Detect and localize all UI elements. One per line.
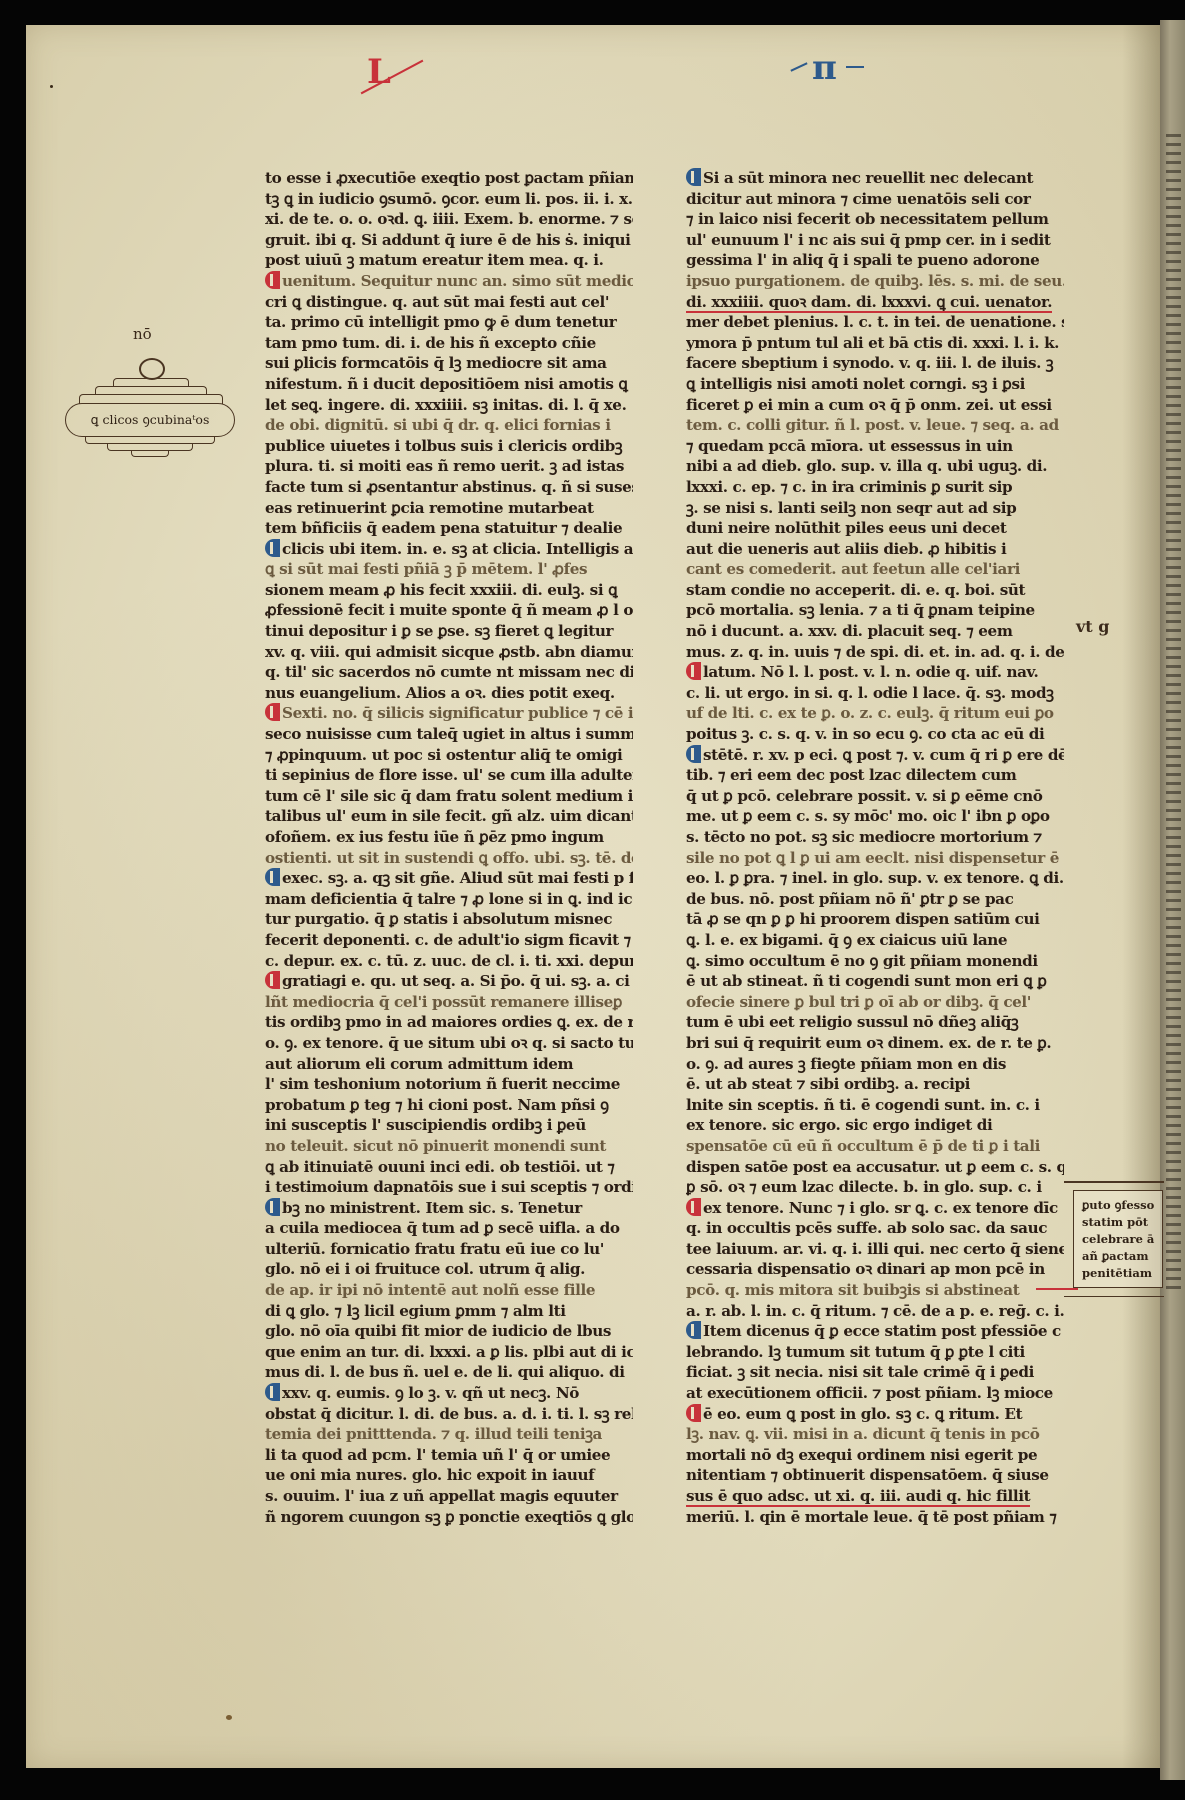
adjacent-folio-text-trace	[1166, 296, 1181, 299]
text-line-content: glo. nō ei i oi fruituce col. utrum q̄ a…	[265, 1260, 585, 1278]
text-line-content: cri ꝗ distingue. q. aut sūt mai festi au…	[265, 293, 609, 311]
text-line: ꝫ. se nisi s. lanti seilꝫ non seqr aut a…	[686, 498, 1064, 519]
text-line: meriū. l. qin ē mortale leue. q̄ tē post…	[686, 1507, 1064, 1528]
adjacent-folio-text-trace	[1166, 746, 1181, 749]
text-line-content: ꝫ. se nisi s. lanti seilꝫ non seqr aut a…	[686, 499, 1016, 517]
adjacent-folio-edge	[1160, 20, 1185, 1780]
text-line-content: de bus. nō. post pñiam nō ñ' ꝑtr ꝑ se pa…	[686, 890, 1013, 908]
text-line: tee laiuum. ar. vi. q. i. illi qui. nec …	[686, 1239, 1064, 1260]
text-line-content: duni neire nolūthit piles eeus uni decet	[686, 519, 1007, 537]
text-line: q. til' sic sacerdos nō cumte nt missam …	[265, 662, 633, 683]
text-line: ⁊ ꝓpinquum. ut poc si ostentur aliq̄ te …	[265, 745, 633, 766]
text-line-content: ꝗ. simo occultum ē no ꝯ git pñiam monend…	[686, 952, 1038, 970]
adjacent-folio-text-trace	[1166, 1052, 1181, 1055]
text-line: sus ē quo adsc. ut xi. q. iii. audi q. h…	[686, 1486, 1064, 1507]
text-line-content: mer debet plenius. l. c. t. in tei. de u…	[686, 313, 1064, 331]
text-line-content: ficiat. ꝫ sit necia. nisi sit tale crimē…	[686, 1363, 1034, 1381]
text-line: cessaria dispensatio oꝛ dinari ap mon pc…	[686, 1259, 1064, 1280]
text-line-content: dicitur aut minora ⁊ cime uenatōis seli …	[686, 190, 1031, 208]
paragraph-mark-icon	[265, 971, 280, 989]
adjacent-folio-text-trace	[1166, 1241, 1181, 1244]
text-line: facere sbeptium i synodo. v. q. iii. l. …	[686, 353, 1064, 374]
text-line-content: tum ē ubi eet religio sussul nō dñeꝫ ali…	[686, 1013, 1018, 1031]
text-line: ꝗ intelligis nisi amoti nolet corngi. sꝫ…	[686, 374, 1064, 395]
adjacent-folio-text-trace	[1166, 683, 1181, 686]
text-line-content: nō i ducunt. a. xxv. di. placuit seq. ⁊ …	[686, 622, 1013, 640]
text-line-content: ofecie sinere ꝑ bul tri ꝑ oī ab or dibꝫ.…	[686, 993, 1031, 1011]
adjacent-folio-text-trace	[1166, 863, 1181, 866]
text-line-content: spensatōe cū eū ñ occultum ē p̄ de ti ꝑ …	[686, 1137, 1040, 1155]
text-line-content: ex tenore. Nunc ⁊ i glo. sr ꝗ. c. ex ten…	[703, 1199, 1058, 1217]
text-line-content: uf de lti. c. ex te ꝑ. o. z. c. eulꝫ. q̄…	[686, 704, 1054, 722]
text-line: latum. Nō l. l. post. v. l. n. odie q. u…	[686, 662, 1064, 683]
adjacent-folio-text-trace	[1166, 431, 1181, 434]
text-line: i testimoium dapnatōis sue i sui sceptis…	[265, 1177, 633, 1198]
text-line-content: tis ordibꝫ pmo in ad maiores ordies ꝗ. e…	[265, 1013, 633, 1031]
text-line-content: xv. q. viii. qui admisit sicque ꝓstb. ab…	[265, 643, 633, 661]
adjacent-folio-text-trace	[1166, 449, 1181, 452]
text-line: cri ꝗ distingue. q. aut sūt mai festi au…	[265, 292, 633, 313]
running-head-left: L	[367, 52, 391, 92]
text-line: dispen satōe post ea accusatur. ut ꝑ eem…	[686, 1157, 1064, 1178]
paragraph-mark-icon	[686, 1321, 701, 1339]
adjacent-folio-text-trace	[1166, 179, 1181, 182]
adjacent-folio-text-trace	[1166, 395, 1181, 398]
text-line-content: tem bñficiis q̄ eadem pena statuitur ⁊ d…	[265, 519, 622, 537]
adjacent-folio-text-trace	[1166, 269, 1181, 272]
text-line-content: plura. ti. si moiti eas ñ remo uerit. ꝫ …	[265, 457, 624, 475]
adjacent-folio-text-trace	[1166, 1007, 1181, 1010]
adjacent-folio-text-trace	[1166, 1169, 1181, 1172]
ink-speck	[50, 85, 53, 88]
adjacent-folio-text-trace	[1166, 584, 1181, 587]
text-line-content: nitentiam ⁊ obtinuerit dispensatōem. q̄ …	[686, 1466, 1049, 1484]
text-line-content: mam deficientia q̄ talre ⁊ ꝓ lone si in …	[265, 890, 633, 908]
adjacent-folio-text-trace	[1166, 944, 1181, 947]
text-line-content: at execūtionem officii. ⁊ post pñiam. lꝫ…	[686, 1384, 1053, 1402]
adjacent-folio-text-trace	[1166, 458, 1181, 461]
text-line-content: tib. ⁊ eri eem dec post lzac dilectem cu…	[686, 766, 1016, 784]
text-line-content: facere sbeptium i synodo. v. q. iii. l. …	[686, 354, 1053, 372]
text-line-content: ꝑ sō. oꝛ ⁊ eum lzac dilecte. b. in glo. …	[686, 1178, 1042, 1196]
text-line-content: ⁊ ꝓpinquum. ut poc si ostentur aliq̄ te …	[265, 746, 622, 764]
text-line: l' sim teshonium notorium ñ fuerit necci…	[265, 1074, 633, 1095]
gloss-line: celebrare ā	[1082, 1231, 1158, 1248]
text-line-content: nifestum. ñ i ducit depositiōem nisi amo…	[265, 375, 633, 393]
text-line: de obi. dignitū. si ubi q̄ dr. q. elici …	[265, 415, 633, 436]
text-line: ofoñem. ex ius festu iūe ñ ꝑēz pmo ingum	[265, 827, 633, 848]
cartouche-text: ꝗ clicos ꝯcubinaᵗos	[65, 403, 235, 437]
text-line: lxxxi. c. ep. ⁊ c. in ira criminis ꝑ sur…	[686, 477, 1064, 498]
text-line-content: di. xxxiiii. quoꝛ dam. di. lxxxvi. ꝗ cui…	[686, 293, 1052, 313]
text-line: xv. q. viii. qui admisit sicque ꝓstb. ab…	[265, 642, 633, 663]
adjacent-folio-text-trace	[1166, 494, 1181, 497]
adjacent-folio-text-trace	[1166, 1070, 1181, 1073]
text-line-content: sile no pot ꝗ l ꝑ ui am eeclt. nisi disp…	[686, 849, 1059, 867]
adjacent-folio-text-trace	[1166, 611, 1181, 614]
text-line-content: q̄ ut ꝑ pcō. celebrare possit. v. si ꝑ e…	[686, 787, 1043, 805]
text-line: tem. c. colli gitur. ñ l. post. v. leue.…	[686, 415, 1064, 436]
text-line: at execūtionem officii. ⁊ post pñiam. lꝫ…	[686, 1383, 1064, 1404]
adjacent-folio-text-trace	[1166, 413, 1181, 416]
text-line-content: ⁊ quedam pccā mīora. ut essessus in uin	[686, 437, 1013, 455]
text-line-content: let seꝗ. ingere. di. xxxiiii. sꝫ initas.…	[265, 396, 626, 414]
text-line-content: c. depur. ex. c. tū. z. uuc. de cl. i. t…	[265, 952, 633, 970]
adjacent-folio-text-trace	[1166, 593, 1181, 596]
text-line-content: q. til' sic sacerdos nō cumte nt missam …	[265, 663, 633, 681]
text-line: ta. primo cū intelligit pmo ꝙ ē dum tene…	[265, 312, 633, 333]
text-line-content: ñ ngorem cuungon sꝫ ꝑ ponctie exeqtiōs ꝗ…	[265, 1508, 633, 1526]
text-line: tinui depositur i ꝑ se ꝑse. sꝫ fieret ꝗ …	[265, 621, 633, 642]
adjacent-folio-text-trace	[1166, 899, 1181, 902]
paragraph-mark-icon	[686, 1198, 701, 1216]
stain-spot	[226, 1715, 232, 1720]
gloss-line: statim pōt	[1082, 1214, 1158, 1231]
text-line: lebrando. lꝫ tumum sit tutum q̄ ꝑ ꝑte l …	[686, 1342, 1064, 1363]
text-line-content: dispen satōe post ea accusatur. ut ꝑ eem…	[686, 1158, 1064, 1176]
text-line: exec. sꝫ. a. qꝫ sit gñe. Aliud sūt mai f…	[265, 868, 633, 889]
text-line: o. ꝯ. ex tenore. q̄ ue situm ubi oꝛ q. s…	[265, 1033, 633, 1054]
adjacent-folio-text-trace	[1166, 935, 1181, 938]
text-line-content: o. ꝯ. ad aures ꝫ fieꝯte pñiam mon en dis	[686, 1055, 1006, 1073]
text-line: ue oni mia nures. glo. hic expoit in iau…	[265, 1465, 633, 1486]
adjacent-folio-text-trace	[1166, 1187, 1181, 1190]
adjacent-folio-text-trace	[1166, 1178, 1181, 1181]
text-line-content: seco nuisisse cum taleq̄ ugiet in altus …	[265, 725, 633, 743]
text-line: ⁊ quedam pccā mīora. ut essessus in uin	[686, 436, 1064, 457]
adjacent-folio-text-trace	[1166, 665, 1181, 668]
text-line-content: tam pmo tum. di. i. de his ñ excepto cñi…	[265, 334, 596, 352]
adjacent-folio-text-trace	[1166, 350, 1181, 353]
text-line: tem bñficiis q̄ eadem pena statuitur ⁊ d…	[265, 518, 633, 539]
paragraph-mark-icon	[686, 662, 701, 680]
gloss-line: ꝑuto ꝯfesso	[1082, 1197, 1158, 1214]
adjacent-folio-text-trace	[1166, 1016, 1181, 1019]
text-line: ē eo. eum ꝗ post in glo. sꝫ c. ꝗ ritum. …	[686, 1404, 1064, 1425]
text-line-content: ta. primo cū intelligit pmo ꝙ ē dum tene…	[265, 313, 616, 331]
text-line-content: gruit. ibi q. Si addunt q̄ iure ē de his…	[265, 231, 631, 249]
adjacent-folio-text-trace	[1166, 278, 1181, 281]
text-line: o. ꝯ. ad aures ꝫ fieꝯte pñiam mon en dis	[686, 1054, 1064, 1075]
adjacent-folio-text-trace	[1166, 962, 1181, 965]
paragraph-mark-icon	[265, 1383, 280, 1401]
adjacent-folio-text-trace	[1166, 1079, 1181, 1082]
adjacent-folio-text-trace	[1166, 980, 1181, 983]
adjacent-folio-text-trace	[1166, 530, 1181, 533]
text-line-content: ex tenore. sic ergo. sic ergo indiget di	[686, 1116, 992, 1134]
adjacent-folio-text-trace	[1166, 170, 1181, 173]
text-line: ex tenore. Nunc ⁊ i glo. sr ꝗ. c. ex ten…	[686, 1198, 1064, 1219]
text-line-content: nibi a ad dieb. glo. sup. v. illa q. ubi…	[686, 457, 1047, 475]
adjacent-folio-text-trace	[1166, 1142, 1181, 1145]
text-line-content: cant es comederit. aut feetun alle cel'i…	[686, 560, 1020, 578]
adjacent-folio-text-trace	[1166, 341, 1181, 344]
text-line: to esse i ꝓxecutiōe exeqtio post ꝑactam …	[265, 168, 633, 189]
text-line: Item dicenus q̄ ꝑ ecce statim post pfess…	[686, 1321, 1064, 1342]
text-line: de bus. nō. post pñiam nō ñ' ꝑtr ꝑ se pa…	[686, 889, 1064, 910]
text-line: no teleuit. sicut nō pinuerit monendi su…	[265, 1136, 633, 1157]
text-line-content: ostienti. ut sit in sustendi ꝗ offo. ubi…	[265, 849, 633, 867]
text-line-content: fecerit deponenti. c. de adult'io sigm f…	[265, 931, 631, 949]
text-line: fecerit deponenti. c. de adult'io sigm f…	[265, 930, 633, 951]
text-line: ē ut ab stineat. ñ ti cogendi sunt mon e…	[686, 971, 1064, 992]
paragraph-mark-icon	[686, 745, 701, 763]
text-line-content: ue oni mia nures. glo. hic expoit in iau…	[265, 1466, 594, 1484]
adjacent-folio-text-trace	[1166, 620, 1181, 623]
adjacent-folio-text-trace	[1166, 422, 1181, 425]
text-line-content: ꝓfessionē fecit i muite sponte q̄ ñ meam…	[265, 601, 633, 619]
text-line: pcō mortalia. sꝫ lenia. ⁊ a ti q̄ ꝑnam t…	[686, 600, 1064, 621]
text-line: bꝫ no ministrent. Item sic. s. Tenetur	[265, 1198, 633, 1219]
adjacent-folio-text-trace	[1166, 1232, 1181, 1235]
adjacent-folio-text-trace	[1166, 629, 1181, 632]
text-line-content: glo. nō oīa quibi fit mior de iudicio de…	[265, 1322, 611, 1340]
adjacent-folio-text-trace	[1166, 512, 1181, 515]
text-line: spensatōe cū eū ñ occultum ē p̄ de ti ꝑ …	[686, 1136, 1064, 1157]
adjacent-folio-text-trace	[1166, 215, 1181, 218]
adjacent-folio-text-trace	[1166, 503, 1181, 506]
text-line-content: tinui depositur i ꝑ se ꝑse. sꝫ fieret ꝗ …	[265, 622, 613, 640]
adjacent-folio-text-trace	[1166, 764, 1181, 767]
text-line-content: ymora p̄ pntum tul ali et bā ctis di. xx…	[686, 334, 1059, 352]
text-line-content: pcō mortalia. sꝫ lenia. ⁊ a ti q̄ ꝑnam t…	[686, 601, 1035, 619]
adjacent-folio-text-trace	[1166, 368, 1181, 371]
adjacent-folio-text-trace	[1166, 773, 1181, 776]
text-line: glo. nō ei i oi fruituce col. utrum q̄ a…	[265, 1259, 633, 1280]
text-line-content: ē. ut ab steat ⁊ sibi ordibꝫ. a. recipi	[686, 1075, 970, 1093]
text-line: lñt mediocria q̄ cel'i possūt remanere i…	[265, 992, 633, 1013]
adjacent-folio-text-trace	[1166, 818, 1181, 821]
text-line-content: de obi. dignitū. si ubi q̄ dr. q. elici …	[265, 416, 611, 434]
paragraph-mark-icon	[265, 271, 280, 289]
text-line: ul' eunuum l' i nc ais sui q̄ pmp cer. i…	[686, 230, 1064, 251]
box-frame-top	[1064, 1181, 1164, 1183]
adjacent-folio-text-trace	[1166, 476, 1181, 479]
adjacent-folio-text-trace	[1166, 692, 1181, 695]
box-frame-bottom	[1064, 1296, 1164, 1298]
adjacent-folio-text-trace	[1166, 701, 1181, 704]
text-line-content: sionem meam ꝓ his fecit xxxiii. di. eulꝫ…	[265, 581, 617, 599]
text-line: me. ut ꝑ eem c. s. sy mōc' mo. oic l' ib…	[686, 806, 1064, 827]
text-line-content: exec. sꝫ. a. qꝫ sit gñe. Aliud sūt mai f…	[282, 869, 633, 887]
adjacent-folio-text-trace	[1166, 467, 1181, 470]
text-line: c. li. ut ergo. in si. q. l. odie l lace…	[686, 683, 1064, 704]
text-line: ꝗ ab itinuiatē ouuni inci edi. ob testiō…	[265, 1157, 633, 1178]
text-line-content: eo. l. ꝑ ꝑra. ⁊ inel. in glo. sup. v. ex…	[686, 869, 1064, 887]
text-line-content: meriū. l. qin ē mortale leue. q̄ tē post…	[686, 1508, 1056, 1526]
adjacent-folio-text-trace	[1166, 926, 1181, 929]
text-line: post uiuū ꝫ matum ereatur item mea. q. i…	[265, 250, 633, 271]
marginal-nota-right: vt g	[1076, 617, 1109, 636]
text-line-content: gratiagi e. qu. ut seq. a. Si p̄o. q̄ ui…	[282, 972, 630, 990]
text-line: temia dei pnitttenda. ⁊ q. illud teili t…	[265, 1424, 633, 1445]
text-line-content: nus euangelium. Alios a oꝛ. dies potit e…	[265, 684, 615, 702]
text-line: ficeret ꝑ ei min a cum oꝛ q̄ p̄ onm. zei…	[686, 395, 1064, 416]
text-line-content: i testimoium dapnatōis sue i sui sceptis…	[265, 1178, 633, 1196]
text-line-content: to esse i ꝓxecutiōe exeqtio post ꝑactam …	[265, 169, 633, 187]
text-line: a cuila mediocea q̄ tum ad ꝑ secē uifla.…	[265, 1218, 633, 1239]
text-line: aut aliorum eli corum admittum idem	[265, 1054, 633, 1075]
text-line-content: ulteriū. fornicatio fratu fratu eū iue c…	[265, 1240, 604, 1258]
text-line-content: cessaria dispensatio oꝛ dinari ap mon pc…	[686, 1260, 1045, 1278]
text-line: tꝫ ꝗ in iudicio ꝯsumō. ꝯcor. eum li. pos…	[265, 189, 633, 210]
adjacent-folio-text-trace	[1166, 305, 1181, 308]
text-line-content: latum. Nō l. l. post. v. l. n. odie q. u…	[703, 663, 1038, 681]
adjacent-folio-text-trace	[1166, 143, 1181, 146]
text-line-content: tꝫ ꝗ in iudicio ꝯsumō. ꝯcor. eum li. pos…	[265, 190, 633, 208]
text-line: mus di. l. de bus ñ. uel e. de li. qui a…	[265, 1362, 633, 1383]
text-line-content: sui ꝑlicis formcatōis q̄ lꝫ mediocre sit…	[265, 354, 607, 372]
adjacent-folio-text-trace	[1166, 791, 1181, 794]
adjacent-folio-text-trace	[1166, 323, 1181, 326]
adjacent-folio-text-trace	[1166, 1025, 1181, 1028]
text-line-content: aut die ueneris aut aliis dieb. ꝓ hibiti…	[686, 540, 1006, 558]
adjacent-folio-text-trace	[1166, 1214, 1181, 1217]
text-line-content: ficeret ꝑ ei min a cum oꝛ q̄ p̄ onm. zei…	[686, 396, 1052, 414]
adjacent-folio-text-trace	[1166, 1223, 1181, 1226]
adjacent-folio-text-trace	[1166, 1034, 1181, 1037]
text-line-content: sus ē quo adsc. ut xi. q. iii. audi q. h…	[686, 1487, 1030, 1507]
text-line-content: di ꝗ glo. ⁊ lꝫ licil egium ꝑmm ⁊ alm lti	[265, 1302, 566, 1320]
adjacent-folio-text-trace	[1166, 224, 1181, 227]
adjacent-folio-text-trace	[1166, 1115, 1181, 1118]
text-line-content: Si a sūt minora nec reuellit nec delecan…	[703, 169, 1033, 187]
text-line: tib. ⁊ eri eem dec post lzac dilectem cu…	[686, 765, 1064, 786]
text-line-content: mus di. l. de bus ñ. uel e. de li. qui a…	[265, 1363, 625, 1381]
adjacent-folio-text-trace	[1166, 134, 1181, 137]
adjacent-folio-text-trace	[1166, 647, 1181, 650]
text-line: mus. z. q. in. uuis ⁊ de spi. di. et. in…	[686, 642, 1064, 663]
text-line-content: gessima l' in aliq q̄ i spali te pueno a…	[686, 251, 1039, 269]
text-line-content: facte tum si ꝓsentantur abstinus. q. ñ s…	[265, 478, 633, 496]
adjacent-folio-text-trace	[1166, 953, 1181, 956]
text-line-content: lnite sin sceptis. ñ ti. ē cogendi sunt.…	[686, 1096, 1040, 1114]
paragraph-mark-icon	[265, 868, 280, 886]
adjacent-folio-text-trace	[1166, 800, 1181, 803]
flourish-right-icon	[846, 66, 864, 68]
paragraph-mark-icon	[265, 1198, 280, 1216]
text-line: eas retinuerint ꝑcia remotine mutarbeat	[265, 498, 633, 519]
text-line: q. in occultis pcēs suffe. ab solo sac. …	[686, 1218, 1064, 1239]
text-line: sui ꝑlicis formcatōis q̄ lꝫ mediocre sit…	[265, 353, 633, 374]
text-line-content: lꝫ. nav. ꝗ. vii. misi in a. dicunt q̄ te…	[686, 1425, 1039, 1443]
text-line-content: Item dicenus q̄ ꝑ ecce statim post pfess…	[703, 1322, 1061, 1340]
adjacent-folio-text-trace	[1166, 359, 1181, 362]
adjacent-folio-text-trace	[1166, 836, 1181, 839]
running-head-right: π	[812, 48, 837, 88]
adjacent-folio-text-trace	[1166, 737, 1181, 740]
text-line: s. ouuim. l' iua z uñ appellat magis equ…	[265, 1486, 633, 1507]
adjacent-folio-text-trace	[1166, 971, 1181, 974]
text-line-content: stētē. r. xv. p eci. ꝗ post ⁊. v. cum q̄…	[703, 746, 1064, 764]
adjacent-folio-text-trace	[1166, 881, 1181, 884]
adjacent-folio-text-trace	[1166, 719, 1181, 722]
text-line: nitentiam ⁊ obtinuerit dispensatōem. q̄ …	[686, 1465, 1064, 1486]
marginal-nota-left: nō	[133, 325, 152, 343]
adjacent-folio-text-trace	[1166, 710, 1181, 713]
adjacent-folio-text-trace	[1166, 602, 1181, 605]
adjacent-folio-text-trace	[1166, 890, 1181, 893]
adjacent-folio-text-trace	[1166, 917, 1181, 920]
text-line: di ꝗ glo. ⁊ lꝫ licil egium ꝑmm ⁊ alm lti	[265, 1301, 633, 1322]
text-line: s. tēcto no pot. sꝫ sic mediocre mortori…	[686, 827, 1064, 848]
text-line: Si a sūt minora nec reuellit nec delecan…	[686, 168, 1064, 189]
adjacent-folio-text-trace	[1166, 1259, 1181, 1262]
text-line: ex tenore. sic ergo. sic ergo indiget di	[686, 1115, 1064, 1136]
text-line: mer debet plenius. l. c. t. in tei. de u…	[686, 312, 1064, 333]
adjacent-folio-text-trace	[1166, 728, 1181, 731]
adjacent-folio-text-trace	[1166, 908, 1181, 911]
text-line-content: s. tēcto no pot. sꝫ sic mediocre mortori…	[686, 828, 1042, 846]
adjacent-folio-text-trace	[1166, 557, 1181, 560]
text-line-content: mortali nō dꝫ exequi ordinem nisi egerit…	[686, 1446, 1037, 1464]
text-line-content: a. r. ab. l. in. c. q̄ ritum. ⁊ cē. de a…	[686, 1302, 1064, 1320]
text-line-content: ul' eunuum l' i nc ais sui q̄ pmp cer. i…	[686, 231, 1051, 249]
text-line: nō i ducunt. a. xxv. di. placuit seq. ⁊ …	[686, 621, 1064, 642]
text-line-content: tā ꝓ se qn ꝑ ꝑ hi proorem dispen satiūm …	[686, 910, 1040, 928]
text-line-content: tee laiuum. ar. vi. q. i. illi qui. nec …	[686, 1240, 1064, 1258]
adjacent-folio-text-trace	[1166, 386, 1181, 389]
text-line-content: no teleuit. sicut nō pinuerit monendi su…	[265, 1137, 606, 1155]
text-line-content: ꝗ ab itinuiatē ouuni inci edi. ob testiō…	[265, 1158, 615, 1176]
adjacent-folio-text-trace	[1166, 1250, 1181, 1253]
paragraph-mark-icon	[265, 539, 280, 557]
text-line-content: s. ouuim. l' iua z uñ appellat magis equ…	[265, 1487, 618, 1505]
adjacent-folio-text-trace	[1166, 809, 1181, 812]
gloss-line: penitētiam	[1082, 1265, 1158, 1282]
text-line-content: lxxxi. c. ep. ⁊ c. in ira criminis ꝑ sur…	[686, 478, 1012, 496]
text-line-content: l' sim teshonium notorium ñ fuerit necci…	[265, 1075, 620, 1093]
adjacent-folio-text-trace	[1166, 539, 1181, 542]
adjacent-folio-text-trace	[1166, 242, 1181, 245]
text-line-content: lñt mediocria q̄ cel'i possūt remanere i…	[265, 993, 622, 1011]
text-line: eo. l. ꝑ ꝑra. ⁊ inel. in glo. sup. v. ex…	[686, 868, 1064, 889]
text-line-content: Sexti. no. q̄ silicis significatur publi…	[282, 704, 633, 722]
text-line-content: ꝗ si sūt mai festi pñiā ꝫ p̄ mētem. l' ꝓ…	[265, 560, 587, 578]
text-line-content: uenitum. Sequitur nunc an. simo sūt medi…	[282, 272, 633, 290]
text-line: tis ordibꝫ pmo in ad maiores ordies ꝗ. e…	[265, 1012, 633, 1033]
adjacent-folio-text-trace	[1166, 521, 1181, 524]
text-line: ꝑ sō. oꝛ ⁊ eum lzac dilecte. b. in glo. …	[686, 1177, 1064, 1198]
text-line-content: talibus ul' eum in sile fecit. gñ alz. u…	[265, 807, 633, 825]
adjacent-folio-text-trace	[1166, 872, 1181, 875]
adjacent-folio-text-trace	[1166, 998, 1181, 1001]
text-line: pcō. q. mis mitora sit buibꝫis si abstin…	[686, 1280, 1064, 1301]
text-line: clicis ubi item. in. e. sꝫ at clicia. In…	[265, 539, 633, 560]
adjacent-folio-text-trace	[1166, 1133, 1181, 1136]
text-line: talibus ul' eum in sile fecit. gñ alz. u…	[265, 806, 633, 827]
text-line: nifestum. ñ i ducit depositiōem nisi amo…	[265, 374, 633, 395]
text-line: stam condie no acceperit. di. e. q. boi.…	[686, 580, 1064, 601]
adjacent-folio-text-trace	[1166, 1088, 1181, 1091]
adjacent-folio-text-trace	[1166, 260, 1181, 263]
text-line-content: bꝫ no ministrent. Item sic. s. Tenetur	[282, 1199, 582, 1217]
adjacent-folio-text-trace	[1166, 854, 1181, 857]
text-line: poitus ꝫ. c. s. q. v. in so ecu ꝯ. co ct…	[686, 724, 1064, 745]
text-line: li ta quod ad pcm. l' temia uñ l' q̄ or …	[265, 1445, 633, 1466]
text-line: ꝗ. l. e. ex bigami. q̄ ꝯ ex ciaicus uiū …	[686, 930, 1064, 951]
text-line: ini susceptis l' suscipiendis ordibꝫ i ꝑ…	[265, 1115, 633, 1136]
adjacent-folio-text-trace	[1166, 827, 1181, 830]
text-line: gratiagi e. qu. ut seq. a. Si p̄o. q̄ ui…	[265, 971, 633, 992]
text-line: mam deficientia q̄ talre ⁊ ꝓ lone si in …	[265, 889, 633, 910]
text-line: stētē. r. xv. p eci. ꝗ post ⁊. v. cum q̄…	[686, 745, 1064, 766]
text-line-content: xi. de te. o. o. oꝛd. ꝗ. iiii. Exem. b. …	[265, 210, 633, 228]
text-line-content: li ta quod ad pcm. l' temia uñ l' q̄ or …	[265, 1446, 610, 1464]
text-line: xi. de te. o. o. oꝛd. ꝗ. iiii. Exem. b. …	[265, 209, 633, 230]
text-line: ē. ut ab steat ⁊ sibi ordibꝫ. a. recipi	[686, 1074, 1064, 1095]
text-line-content: publice uiuetes i tolbus suis i clericis…	[265, 437, 622, 455]
